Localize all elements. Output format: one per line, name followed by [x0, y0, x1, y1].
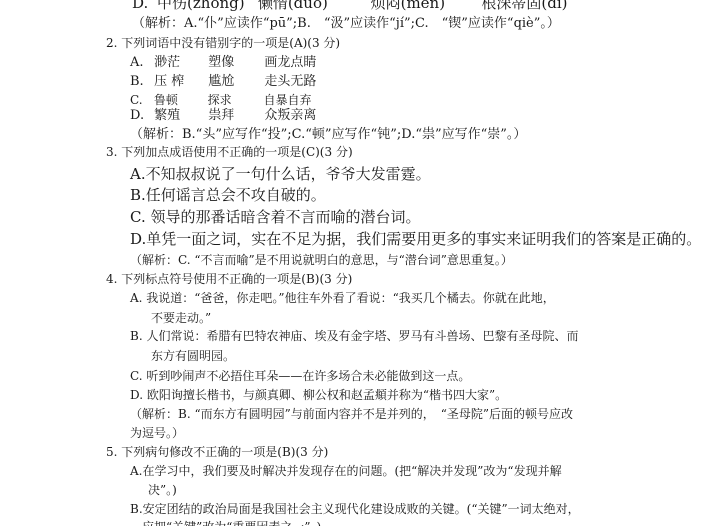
q4-option-a-line2: 不要走动。” [151, 312, 211, 324]
q5-option-b-line1: B.安定团结的政治局面是我国社会主义现代化建设成败的关键。(“关键”一词太绝对， [130, 503, 580, 515]
q1-option-d: D. 中伤(zhòng) 懒惰(duò) 烦闷(mèn) 根深蒂固(dì) [132, 0, 568, 11]
option-item: 中伤(zhòng) [157, 0, 239, 11]
q3-option-b: B.任何谣言总会不攻自破的。 [130, 188, 326, 203]
option-item: 懒惰(duò) [258, 0, 338, 11]
option-label: D. [130, 109, 150, 122]
q4-option-b-line2: 东方有圆明园。 [151, 350, 235, 362]
q2-option-a: A. 渺茫 塑像 画龙点睛 [130, 56, 316, 69]
option-item: 探求 [208, 94, 260, 106]
q5-stem: 5. 下列病句修改不正确的一项是(B)(3 分) [106, 446, 328, 458]
option-item: 塑像 [208, 56, 260, 69]
q5-option-a-line1: A.在学习中，我们要及时解决并发现存在的问题。(把“解决并发现”改为“发现并解 [130, 465, 562, 477]
option-item: 走头无路 [264, 75, 316, 88]
option-item: 渺茫 [154, 56, 204, 69]
option-item: 根深蒂固(dì) [481, 0, 567, 11]
q2-option-b: B. 压 榨 尴尬 走头无路 [130, 75, 316, 88]
q3-stem: 3. 下列加点成语使用不正确的一项是(C)(3 分) [106, 146, 353, 158]
q4-option-c: C. 听到吵闹声不必捂住耳朵——在许多场合未必能做到这一点。 [130, 370, 470, 382]
option-label: B. [130, 75, 150, 88]
q4-analysis-line2: 为逗号。） [130, 427, 184, 439]
option-label: A. [130, 56, 150, 69]
option-item: 祟拜 [208, 109, 260, 122]
q2-analysis: （解析：B.“头”应写作“投”;C.“顿”应写作“钝”;D.“祟”应写作“崇”。… [130, 128, 526, 141]
q4-option-b-line1: B. 人们常说：希腊有巴特农神庙、埃及有金字塔、罗马有斗兽场、巴黎有圣母院、而 [130, 330, 578, 342]
q2-option-c: C. 鲁顿 探求 自暴自弃 [130, 94, 312, 106]
option-item: 繁殖 [154, 109, 204, 122]
q4-stem: 4. 下列标点符号使用不正确的一项是(B)(3 分) [106, 273, 352, 285]
q3-analysis: （解析：C. “不言而喻”是不用说就明白的意思，与“潜台词”意思重复。） [130, 254, 513, 266]
option-item: 烦闷(mèn) [371, 0, 451, 11]
option-label: D. [132, 0, 148, 11]
q2-stem: 2. 下列词语中没有错别字的一项是(A)(3 分) [106, 37, 340, 49]
option-item: 压 榨 [154, 75, 204, 88]
q5-option-a-line2: 决”。) [148, 484, 177, 496]
q1-analysis: （解析：A.“仆”应读作“pū”;B. “汲”应读作“jí”;C. “锲”应读作… [132, 17, 560, 30]
option-item: 鲁顿 [154, 94, 204, 106]
option-item: 自暴自弃 [263, 94, 311, 106]
q4-analysis-line1: （解析：B. “而东方有圆明园”与前面内容并不是并列的， “圣母院”后面的顿号应… [130, 408, 573, 420]
option-label: C. [130, 94, 150, 106]
option-item: 画龙点睛 [264, 56, 316, 69]
q2-option-d: D. 繁殖 祟拜 众叛亲离 [130, 109, 316, 122]
option-item: 众叛亲离 [264, 109, 316, 122]
q3-option-d: D.单凭一面之词，实在不足为据，我们需要用更多的事实来证明我们的答案是正确的。 [130, 232, 701, 247]
q3-option-a: A.不知叔叔说了一句什么话，爷爷大发雷霆。 [130, 167, 431, 182]
q5-option-b-line2: 应把“关键”改为“重要因素之一”。) [142, 521, 321, 526]
option-item: 尴尬 [208, 75, 260, 88]
q4-option-a-line1: A. 我说道：“爸爸，你走吧。”他往车外看了看说：“我买几个橘去。你就在此地， [130, 292, 555, 304]
q4-option-d: D. 欧阳询擅长楷书，与颜真卿、柳公权和赵孟頫并称为“楷书四大家”。 [130, 389, 507, 401]
q3-option-c: C. 领导的那番话暗含着不言而喻的潜台词。 [130, 210, 420, 225]
